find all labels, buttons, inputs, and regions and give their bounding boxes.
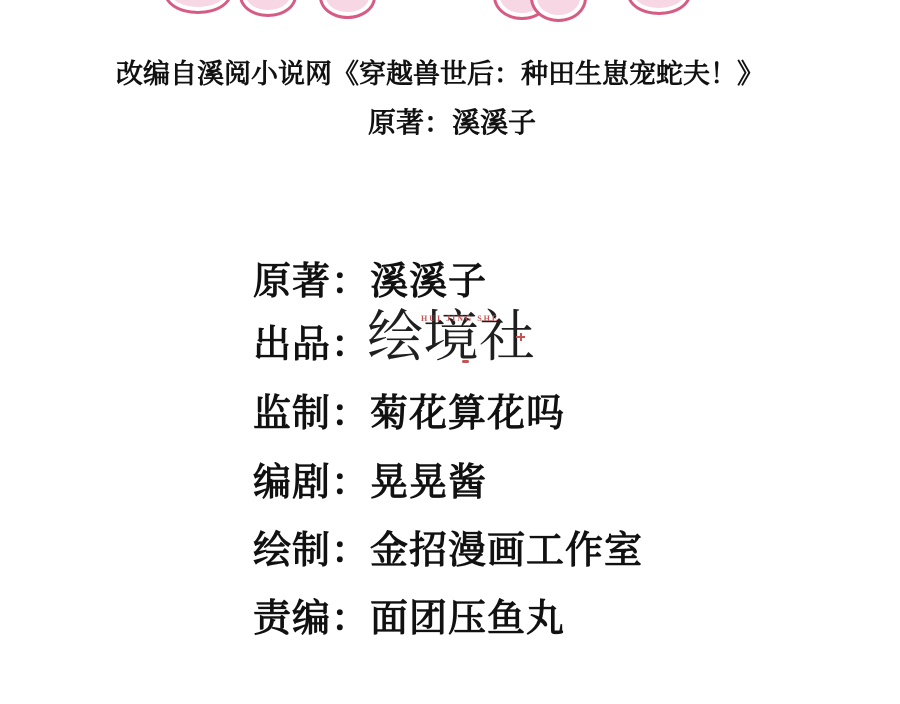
credit-label: 出品：	[253, 325, 370, 367]
bubble-shape	[239, 0, 297, 17]
credit-row-producer: 出品： HUI JING SHE 绘境社	[253, 325, 370, 367]
credit-row-original-author: 原著：溪溪子	[253, 262, 487, 304]
original-author-line: 原著：溪溪子	[368, 106, 536, 140]
huijingshe-logo: HUI JING SHE 绘境社	[367, 310, 567, 390]
credit-value: 金招漫画工作室	[370, 531, 643, 573]
credit-row-supervisor: 监制：菊花算花吗	[253, 394, 565, 436]
credit-value: 菊花算花吗	[370, 394, 565, 436]
huijingshe-logo-subtitle: HUI JING SHE	[421, 315, 499, 324]
credit-row-artist: 绘制：金招漫画工作室	[253, 531, 643, 573]
credit-value: 溪溪子	[370, 262, 487, 304]
credit-value: 面团压鱼丸	[370, 599, 565, 641]
bubble-shape	[530, 0, 587, 22]
credit-label: 编剧：	[253, 463, 370, 505]
title-art-bubbles	[0, 0, 900, 30]
logo-red-accent-icon	[462, 360, 469, 363]
logo-red-accent-icon	[516, 336, 525, 338]
adaptation-source-line: 改编自溪阅小说网《穿越兽世后：种田生崽宠蛇夫！》	[116, 58, 764, 90]
bubble-shape	[319, 0, 376, 19]
comic-credits-page: 改编自溪阅小说网《穿越兽世后：种田生崽宠蛇夫！》 原著：溪溪子 原著：溪溪子 出…	[0, 0, 900, 704]
credit-value: 晃晃酱	[370, 463, 487, 505]
credit-label: 绘制：	[253, 531, 370, 573]
credit-row-editor: 责编：面团压鱼丸	[253, 599, 565, 641]
credit-label: 监制：	[253, 394, 370, 436]
bubble-shape	[164, 0, 232, 14]
bubble-shape	[627, 0, 691, 15]
credit-label: 原著：	[253, 262, 370, 304]
credit-label: 责编：	[253, 599, 370, 641]
credit-row-screenwriter: 编剧：晃晃酱	[253, 463, 487, 505]
